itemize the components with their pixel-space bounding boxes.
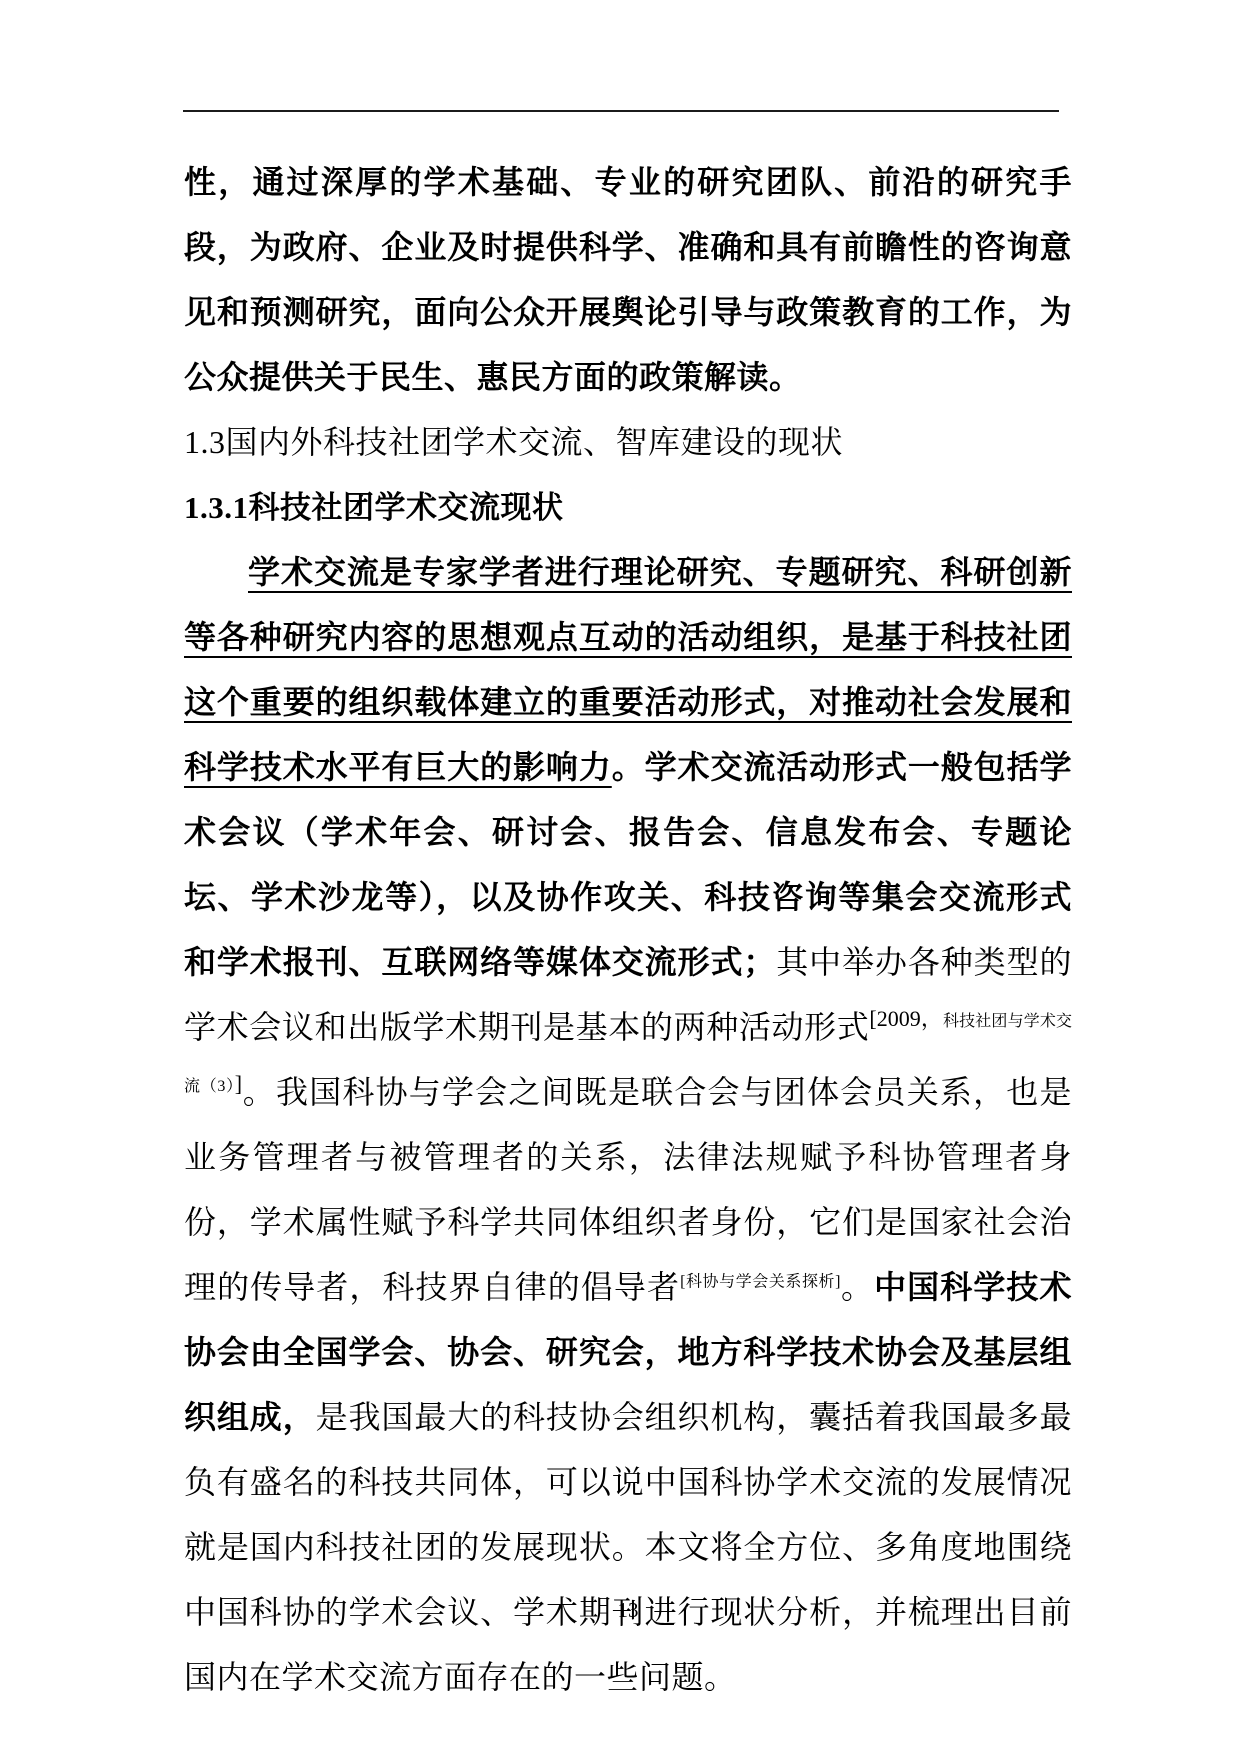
regular-text-3: 是我国最大的科技协会组织机构，囊括着我国最多最负有盛名的科技共同体，可以说中国科…: [184, 1399, 1072, 1695]
citation-2: [科协与学会关系探析]: [680, 1273, 840, 1290]
header-rule: [183, 110, 1059, 112]
page-content: 性，通过深厚的学术基础、专业的研究团队、前沿的研究手段，为政府、企业及时提供科学…: [184, 150, 1072, 1710]
page-number: 13: [618, 1598, 639, 1622]
citation-1-prefix: [2009，: [869, 1006, 943, 1031]
period-after-citation-2: 。: [840, 1269, 874, 1305]
section-heading-1-3: 1.3国内外科技社团学术交流、智库建设的现状: [184, 410, 1072, 475]
citation-1-suffix: ]: [235, 1071, 242, 1096]
paragraph-academic-exchange: 学术交流是专家学者进行理论研究、专题研究、科研创新等各种研究内容的思想观点互动的…: [184, 540, 1072, 1710]
document-page: 性，通过深厚的学术基础、专业的研究团队、前沿的研究手段，为政府、企业及时提供科学…: [0, 0, 1240, 1753]
page-footer: 13: [184, 1598, 1072, 1623]
paragraph-think-tank-role: 性，通过深厚的学术基础、专业的研究团队、前沿的研究手段，为政府、企业及时提供科学…: [184, 150, 1072, 410]
subsection-heading-1-3-1: 1.3.1科技社团学术交流现状: [184, 475, 1072, 540]
